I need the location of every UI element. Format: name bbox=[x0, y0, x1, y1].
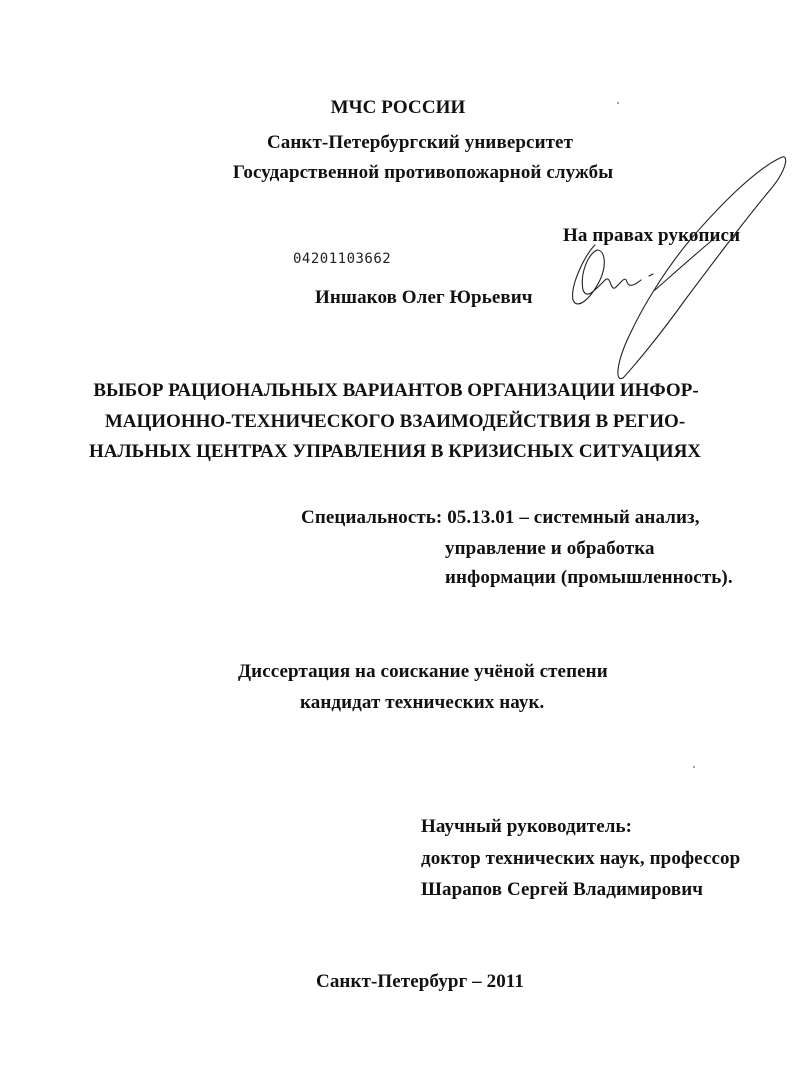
place-and-year: Санкт-Петербург – 2011 bbox=[22, 971, 796, 993]
author-name: Иншаков Олег Юрьевич bbox=[315, 287, 533, 309]
specialty-line1: Специальность: 05.13.01 – системный анал… bbox=[301, 507, 700, 529]
degree-line1: Диссертация на соискание учёной степени bbox=[238, 661, 608, 683]
university-name-line2: Государственной противопожарной службы bbox=[25, 162, 796, 184]
dissertation-title-line2: МАЦИОННО-ТЕХНИЧЕСКОГО ВЗАИМОДЕЙСТВИЯ В Р… bbox=[0, 411, 793, 433]
supervisor-name: Шарапов Сергей Владимирович bbox=[421, 879, 703, 901]
dissertation-title-line1: ВЫБОР РАЦИОНАЛЬНЫХ ВАРИАНТОВ ОРГАНИЗАЦИИ… bbox=[0, 380, 794, 402]
dissertation-title-line3: НАЛЬНЫХ ЦЕНТРАХ УПРАВЛЕНИЯ В КРИЗИСНЫХ С… bbox=[0, 441, 793, 463]
scan-speck bbox=[617, 102, 619, 104]
scan-speck bbox=[693, 766, 695, 768]
specialty-line2: управление и обработка bbox=[445, 538, 655, 560]
document-page: МЧС РОССИИ Санкт-Петербургский университ… bbox=[0, 0, 796, 1080]
supervisor-title: доктор технических наук, профессор bbox=[421, 848, 740, 870]
supervisor-label: Научный руководитель: bbox=[421, 816, 632, 838]
ministry-heading: МЧС РОССИИ bbox=[0, 97, 796, 119]
specialty-line3: информации (промышленность). bbox=[445, 567, 733, 589]
signature-icon bbox=[555, 150, 795, 380]
university-name-line1: Санкт-Петербургский университет bbox=[22, 132, 796, 154]
catalog-number: 04201103662 bbox=[293, 251, 391, 267]
degree-line2: кандидат технических наук. bbox=[300, 692, 544, 714]
manuscript-rights-note: На правах рукописи bbox=[563, 225, 740, 247]
